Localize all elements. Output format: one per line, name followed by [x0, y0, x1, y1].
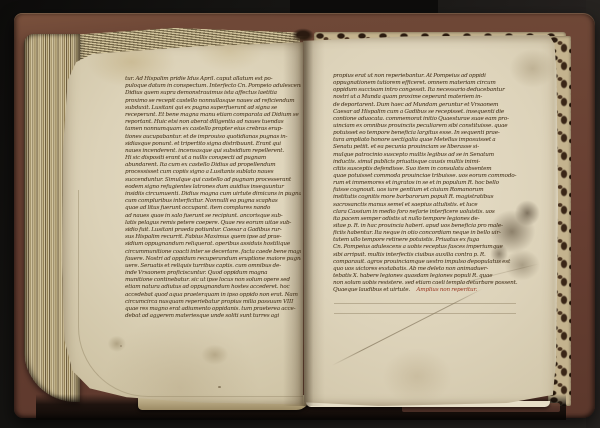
manuscript-line: tiones aucupabantur. et de improuiso quo… — [125, 134, 301, 141]
manuscript-line: fuisse cognouit. uos iure gentium et ciu… — [333, 187, 525, 194]
manuscript-line: Caesar ad Hispalim cum a Gadibus se rece… — [333, 109, 525, 116]
manuscript-line: debat ad aggerem materiesque unde soliti… — [125, 313, 301, 320]
photo-background: tur. Ad Hispalim pridie Idus April. capu… — [0, 0, 600, 428]
manuscript-line: puloque datum in conspectum. Interfecto … — [125, 83, 301, 90]
manuscript-line: tutem ullo tempore retinere potuistis. P… — [333, 237, 525, 244]
manuscript-line: subduxit. Lusitani qui ex pugna superfue… — [125, 105, 301, 112]
manuscript-line: comparauit. agros prouinciamque uestro i… — [333, 259, 525, 266]
manuscript-line: quo uos uictores exstabatis. Ab me delet… — [333, 266, 525, 273]
manuscript-line: proximo se recepit castello nonnullasque… — [125, 98, 301, 105]
manuscript-line: accedebat quod aqua praeterquam in ipso … — [125, 292, 301, 299]
scratch-line — [332, 288, 484, 366]
manuscript-line: Didius quem supra demonstrauimus ista af… — [125, 90, 301, 97]
manuscript-line: contione aduocata. commemorat initio Qua… — [333, 116, 525, 123]
ruling-line — [334, 303, 516, 304]
right-text-lines: propius erat ut non reperiebantur. At Po… — [333, 73, 525, 287]
manuscript-line: sidiasque ponunt. et tripertito signa di… — [125, 141, 301, 148]
manuscript-line: de deportarent. Dum haec ad Mundam gerun… — [333, 102, 525, 109]
manuscript-line: clara Cassium in medio foro nefarie inte… — [333, 209, 525, 216]
manuscript-line: quae res magno erat adiumento oppidanis.… — [125, 306, 301, 313]
manuscript-line: rum et immemores et ingratos in se et in… — [333, 180, 525, 187]
manuscript-line: potuisset eo tempore beneficia largitus … — [333, 130, 525, 137]
manuscript-line: inde Vrsaonem proficiscuntur. Quod oppid… — [125, 270, 301, 277]
manuscript-line: inductis. simul publicis priuatisque cau… — [333, 159, 525, 166]
manuscript-line: insidiis circumuenti. Didius magna cum u… — [125, 191, 301, 198]
manuscript-line: ad naues quae in salo fuerunt se recipiu… — [125, 213, 301, 220]
manuscript-line: reportant. Huic etsi non aberat diligent… — [125, 119, 301, 126]
manuscript-line: fauere. Nostri ad oppidum recuperandum e… — [125, 256, 301, 263]
manuscript-line: succenduntur. Simulque qui castello ad p… — [125, 177, 301, 184]
manuscript-line: oppugnationem tutiorem efficeret. omnem … — [333, 80, 525, 87]
manuscript-line: naues incenderent. incensasque qui subsi… — [125, 148, 301, 155]
rubric-red-text: Amplius non reperitur. — [416, 287, 477, 293]
manuscript-line: sitae p. R. in hac prouincia haberi. apu… — [333, 223, 525, 230]
manuscript-line: munitione continebatur. sic ut ipse locu… — [125, 277, 301, 284]
manuscript-line: sidio fuit. Lusitani praeda potiuntur. C… — [125, 227, 301, 234]
manuscript-line: ita pacem semper odistis ut nullo tempor… — [333, 216, 525, 223]
ink-speck — [218, 386, 221, 388]
manuscript-line: circummunitione coacti inter se decertar… — [125, 249, 301, 256]
right-text-block: propius erat ut non reperiebantur. At Po… — [333, 73, 525, 295]
manuscript-line: sibi arripuit. multis interfectis ciuibu… — [333, 252, 525, 259]
left-text-block: tur. Ad Hispalim pridie Idus April. capu… — [125, 76, 301, 320]
manuscript-line: etiam natura adiutus ad oppugnandum host… — [125, 284, 301, 291]
manuscript-line: oppidum succisam intro congessit. Ita ne… — [333, 87, 525, 94]
manuscript-line: tamen nonnumquam ex castello propter eiu… — [125, 126, 301, 133]
manuscript-line: tur. Ad Hispalim pridie Idus April. capu… — [125, 76, 301, 83]
explicit-closing-text: Quaeque laudibus et uirtute. — [333, 287, 410, 293]
manuscript-line: cum compluribus interficitur. Nonnulli e… — [125, 198, 301, 205]
manuscript-line: sus Hispalim recurrit. Fabius Maximus qu… — [125, 234, 301, 241]
manuscript-line: mulque patrocinio suscepto multis legibu… — [333, 152, 525, 159]
manuscript-line: uere. Seruatis et reliquis turribus capt… — [125, 263, 301, 270]
manuscript-line: Cn. Pompeius adulescens a uobis receptus… — [333, 244, 525, 251]
explicit-line: Quaeque laudibus et uirtute. Amplius non… — [333, 287, 525, 294]
manuscript-line: Senatu petiit. et ea pecunia prouinciam … — [333, 144, 525, 151]
manuscript-line: quae potuisset commoda prouinciae tribui… — [333, 173, 525, 180]
manuscript-line: receperunt. Et bene magna manu etiam com… — [125, 112, 301, 119]
ink-speck — [120, 345, 122, 347]
manuscript-line: uinciam ex omnibus prouinciis peculiarem… — [333, 123, 525, 130]
manuscript-line: citiis susceptis defendisse. Suo item in… — [333, 166, 525, 173]
manuscript-line: sidium oppugnandum reliquerat. operibus … — [125, 241, 301, 248]
manuscript-line: ficiis habentur. Ita neque in otio conco… — [333, 230, 525, 237]
manuscript-line: institutis cognitis more barbarorum popu… — [333, 194, 525, 201]
manuscript-line: abundarent. Ita cum ex castello Didius a… — [125, 162, 301, 169]
manuscript-line: nostri ut a Munda quam proxime ceperant … — [333, 94, 525, 101]
manuscript-line: tura ampliato honore uectigalia quae Met… — [333, 137, 525, 144]
manuscript-line: quae ad litus fuerunt occupant. item com… — [125, 205, 301, 212]
manuscript-line: latis pelagus remis petere coepere. Quae… — [125, 220, 301, 227]
manuscript-line: processisset cum copiis signo a Lusitani… — [125, 169, 301, 176]
ruling-line — [334, 313, 516, 314]
manuscript-line: non solum uobis resistere. sed etiam cae… — [333, 280, 525, 287]
manuscript-line: circumcirca nusquam reperiebatur propius… — [125, 299, 301, 306]
manuscript-line: sacrosanctis manus semel et saepius attu… — [333, 202, 525, 209]
manuscript-line: Hi sic dispositi erant ut a nullis consp… — [125, 155, 301, 162]
manuscript-line: eodem signo refugientes latrones dum aui… — [125, 184, 301, 191]
manuscript-line: propius erat ut non reperiebantur. At Po… — [333, 73, 525, 80]
manuscript-line: tebatis X. habere legiones quasdam legio… — [333, 273, 525, 280]
